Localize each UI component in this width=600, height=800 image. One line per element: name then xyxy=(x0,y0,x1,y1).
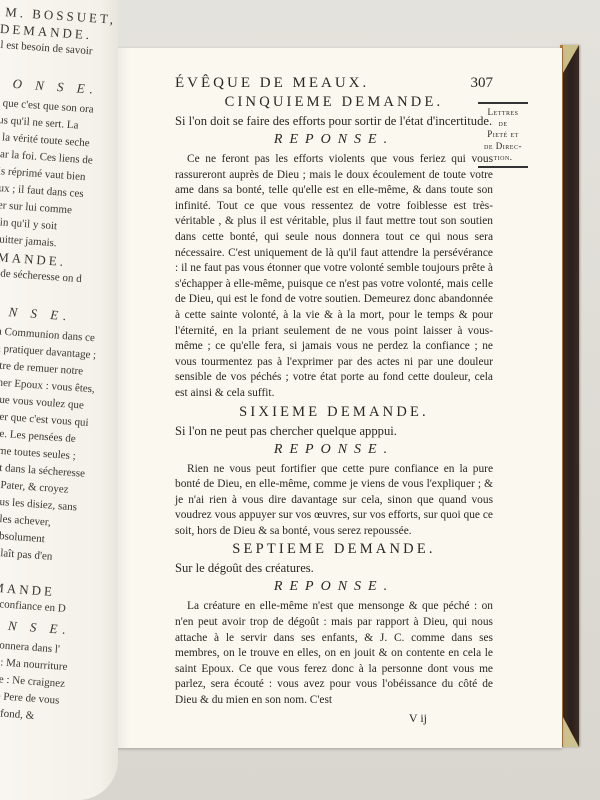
section-answer: Ce ne feront pas les efforts violents qu… xyxy=(175,152,493,402)
right-page-content: ÉVÊQUE DE MEAUX. 307 CINQUIEME DEMANDE. … xyxy=(175,75,493,726)
cover-corner-top xyxy=(563,45,579,73)
section-septieme-demande: SEPTIEME DEMANDE. Sur le dégoût des créa… xyxy=(175,541,493,708)
running-header: ÉVÊQUE DE MEAUX. 307 xyxy=(175,75,493,92)
section-heading: CINQUIEME DEMANDE. xyxy=(175,94,493,111)
section-sixieme-demande: SIXIEME DEMANDE. Si l'on ne peut pas che… xyxy=(175,404,493,540)
section-question: Si l'on ne peut pas chercher quelque app… xyxy=(175,423,493,439)
reponse-label: REPONSE. xyxy=(175,442,493,458)
left-page: S DE M. BOSSUET,NDE DEMANDE.'illusion, i… xyxy=(0,0,118,800)
book-cover-edge xyxy=(560,45,579,747)
section-cinquieme-demande: CINQUIEME DEMANDE. Si l'on doit se faire… xyxy=(175,94,493,402)
section-question: Sur le dégoût des créatures. xyxy=(175,560,493,576)
reponse-label: REPONSE. xyxy=(175,579,493,595)
signature-mark: V ij xyxy=(175,711,427,726)
section-question: Si l'on doit se faire des efforts pour s… xyxy=(175,113,493,129)
left-page-text: S DE M. BOSSUET,NDE DEMANDE.'illusion, i… xyxy=(0,0,118,744)
page-number: 307 xyxy=(471,75,494,92)
running-head-title: ÉVÊQUE DE MEAUX. xyxy=(175,75,369,92)
section-answer: Rien ne vous peut fortifier que cette pu… xyxy=(175,462,493,540)
section-heading: SEPTIEME DEMANDE. xyxy=(175,541,493,558)
section-heading: SIXIEME DEMANDE. xyxy=(175,404,493,421)
cover-corner-bottom xyxy=(563,697,579,747)
section-answer: La créature en elle-même n'est que menso… xyxy=(175,599,493,708)
reponse-label: REPONSE. xyxy=(175,132,493,148)
